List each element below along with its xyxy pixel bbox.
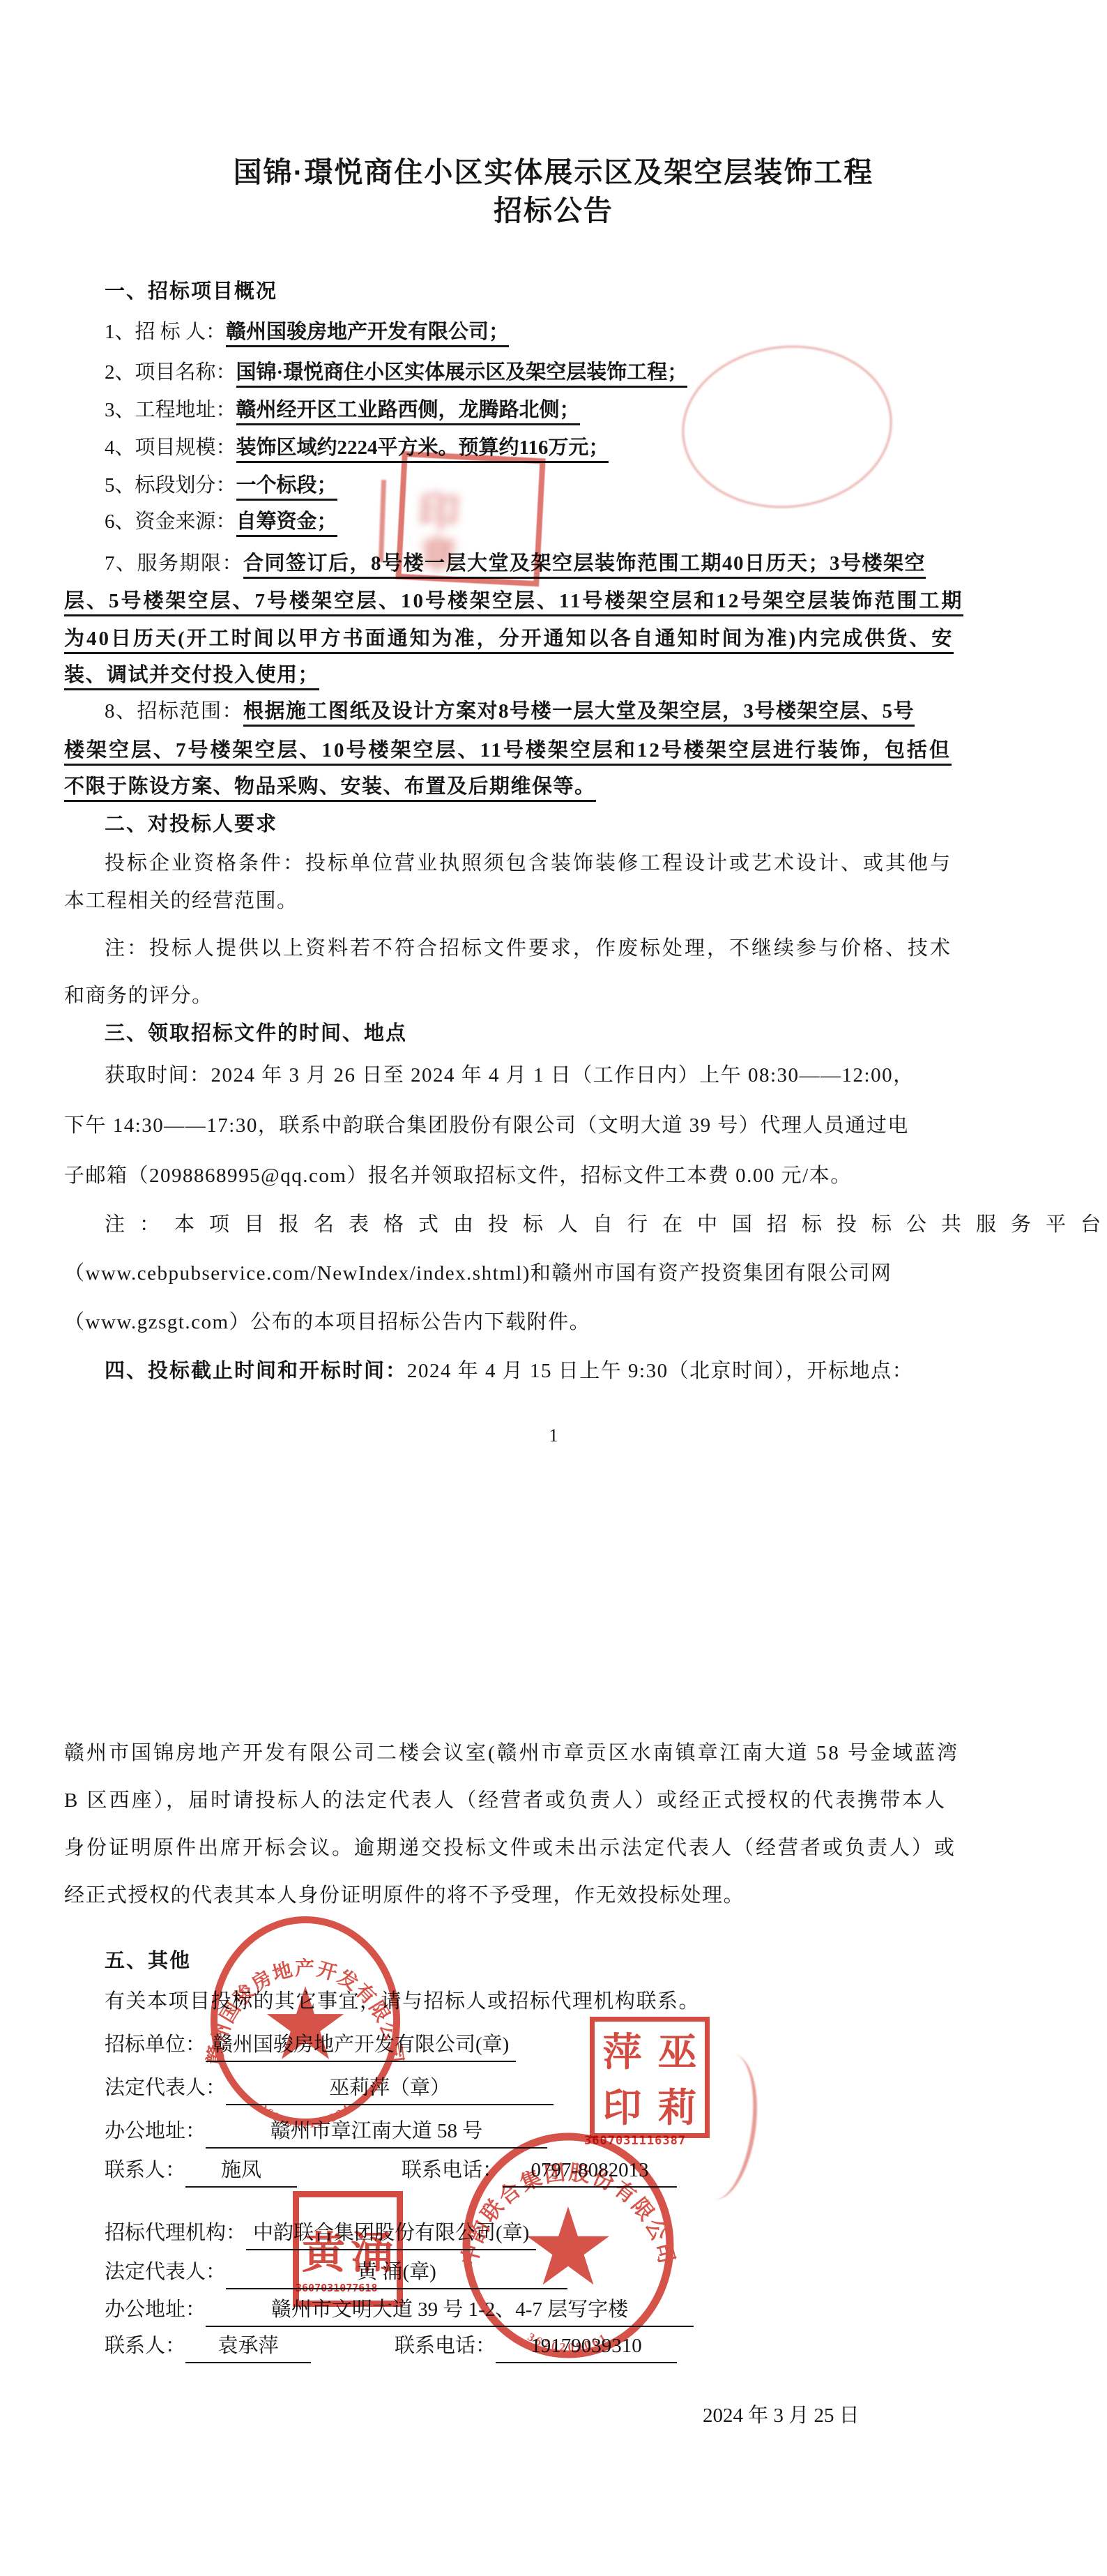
agency-round-seal: 中韵联合集团股份有限公司 3670209061: [453, 2126, 683, 2370]
paragraph-line: 下午 14:30——17:30，联系中韵联合集团股份有限公司（文明大道 39 号…: [64, 1113, 1043, 1139]
doc-title-line1: 国锦·璟悦商住小区实体展示区及架空层装饰工程: [0, 154, 1107, 191]
paragraph-line: 投标企业资格条件：投标单位营业执照须包含装饰装修工程设计或艺术设计、或其他与: [64, 851, 1043, 877]
stamp-character: 莉: [650, 2077, 705, 2133]
paragraph-line: 经正式授权的代表其本人身份证明原件的将不予受理，作无效投标处理。: [64, 1883, 1043, 1909]
item-row-8-line2: 楼架空层、7号楼架空层、10号楼架空层、11号楼架空层和12号楼架空层进行装饰，…: [64, 738, 1043, 764]
stamp-character: 黄: [299, 2218, 348, 2280]
item-value: 自筹资金；: [236, 510, 337, 537]
form-label: 法定代表人：: [105, 2261, 226, 2283]
item-label: 6、资金来源：: [105, 510, 236, 533]
item-value: 赣州国骏房地产开发有限公司；: [226, 321, 509, 347]
note-line: 注：本项目报名表格式由投标人自行在中国招标投标公共服务平台: [64, 1212, 1043, 1238]
section-heading-2: 二、对投标人要求: [64, 812, 1043, 838]
form-label: 联系人：: [105, 2159, 185, 2181]
item-label: 7、服务期限：: [105, 552, 243, 575]
section-heading-1: 一、招标项目概况: [64, 279, 1043, 305]
seal-number: 3607031116384: [257, 2101, 353, 2130]
company-round-seal: 赣州国骏房地产开发有限公司 3607031116384: [201, 1909, 410, 2139]
form-value: 施凤: [185, 2158, 297, 2188]
doc-date: 2024 年 3 月 25 日: [703, 2403, 982, 2430]
item-row-1: 1、招 标 人：赣州国骏房地产开发有限公司；: [64, 319, 1043, 346]
section-heading-4: 四、投标截止时间和开标时间：2024 年 4 月 15 日上午 9:30（北京时…: [64, 1358, 1043, 1385]
paragraph-line: 赣州市国锦房地产开发有限公司二楼会议室(赣州市章贡区水南镇章江南大道 58 号金…: [64, 1741, 1043, 1767]
paragraph-line: 本工程相关的经营范围。: [64, 888, 1043, 915]
stamp-character: 萍: [595, 2022, 650, 2077]
paragraph-line: B 区西座），届时请投标人的法定代表人（经营者或负责人）或经正式授权的代表携带本…: [64, 1788, 1043, 1814]
item-row-7-line2: 层、5号楼架空层、7号楼架空层、10号楼架空层、11号楼架空层和12号架空层装饰…: [64, 589, 1043, 615]
form-label: 招标单位：: [105, 2033, 206, 2056]
note-line: 和商务的评分。: [64, 983, 1043, 1010]
form-value: 袁承萍: [185, 2333, 311, 2363]
note-line: （www.cebpubservice.com/NewIndex/index.sh…: [64, 1261, 1043, 1287]
doc-title-line2: 招标公告: [0, 192, 1107, 229]
note-line: （www.gzsgt.com）公布的本项目招标公告内下载附件。: [64, 1310, 1043, 1336]
item-row-7-line1: 7、服务期限：合同签订后，8号楼一层大堂及架空层装饰范围工期40日历天；3号楼架…: [64, 551, 1043, 577]
item-row-7-line3: 为40日历天(开工时间以甲方书面通知为准，分开通知以各自通知时间为准)内完成供货…: [64, 626, 1043, 653]
item-row-2: 2、项目名称：国锦·璟悦商住小区实体展示区及架空层装饰工程；: [64, 360, 1043, 386]
document-page: 国锦·璟悦商住小区实体展示区及架空层装饰工程 招标公告 一、招标项目概况 1、招…: [0, 0, 1107, 2576]
page-number: 1: [0, 1424, 1107, 1448]
svg-text:3607031116384: 3607031116384: [257, 2101, 353, 2130]
item-label: 4、项目规模：: [105, 437, 236, 459]
item-row-4: 4、项目规模：装饰区域约2224平方米。预算约116万元；: [64, 435, 1043, 462]
note-line: 注：投标人提供以上资料若不符合招标文件要求，作废标处理，不继续参与价格、技术: [64, 936, 1043, 962]
paragraph-line: 身份证明原件出席开标会议。逾期递交投标文件或未出示法定代表人（经营者或负责人）或: [64, 1835, 1043, 1862]
item-label: 5、标段划分：: [105, 474, 236, 497]
stamp-character: 印: [595, 2077, 650, 2133]
form-label: 办公地址：: [105, 2298, 206, 2321]
item-row-6: 6、资金来源：自筹资金；: [64, 509, 1043, 536]
form-label: 联系人：: [105, 2335, 185, 2357]
item-label: 3、工程地址：: [105, 399, 236, 421]
stamp-character: 巫: [650, 2022, 705, 2077]
paragraph-line: 子邮箱（2098868995@qq.com）报名并领取招标文件，招标文件工本费 …: [64, 1163, 1043, 1190]
item-row-7-line4: 装、调试并交付投入使用；: [64, 662, 1043, 689]
name-seal-wu: 萍 巫 印 莉: [590, 2017, 710, 2138]
item-row-8-line3: 不限于陈设方案、物品采购、安装、布置及后期维保等。: [64, 774, 1043, 801]
item-row-5: 5、标段划分：一个标段；: [64, 473, 1043, 499]
form-label: 办公地址：: [105, 2120, 206, 2142]
partial-verification-stamp: 印 章: [395, 451, 545, 587]
item-label: 8、招标范围：: [105, 700, 243, 722]
item-label: 2、项目名称：: [105, 361, 236, 384]
stamp-character: 涌: [348, 2218, 397, 2280]
star-icon: [267, 1986, 344, 2059]
item-label: 1、招 标 人：: [105, 321, 226, 343]
item-value: 国锦·璟悦商住小区实体展示区及架空层装饰工程；: [236, 361, 688, 388]
item-value: 一个标段；: [236, 474, 337, 501]
section-heading-3: 三、领取招标文件的时间、地点: [64, 1021, 1043, 1047]
item-row-3: 3、工程地址：赣州经开区工业路西侧，龙腾路北侧；: [64, 397, 1043, 424]
paragraph-line: 获取时间：2024 年 3 月 26 日至 2024 年 4 月 1 日（工作日…: [64, 1063, 1043, 1089]
star-icon: [527, 2206, 609, 2285]
seal-number: 3607031077618: [296, 2282, 377, 2294]
item-row-8-line1: 8、招标范围：根据施工图纸及设计方案对8号楼一层大堂及架空层，3号楼架空层、5号: [64, 699, 1043, 725]
form-label: 招标代理机构：: [105, 2222, 246, 2244]
item-value: 赣州经开区工业路西侧，龙腾路北侧；: [236, 399, 580, 425]
